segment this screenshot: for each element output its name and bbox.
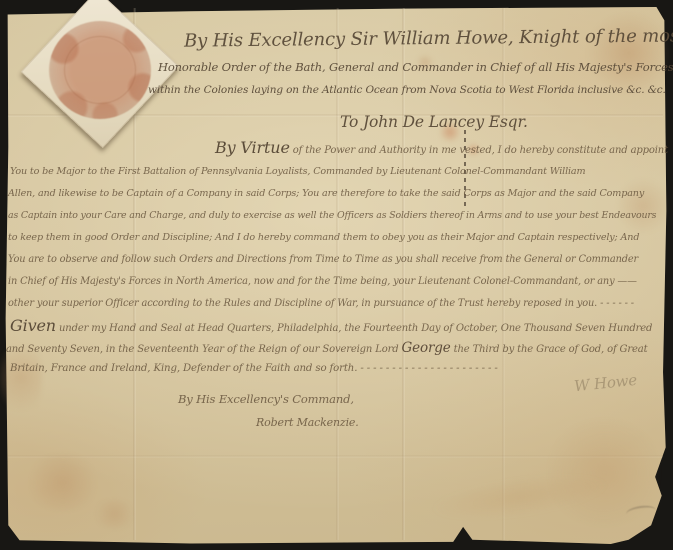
given-line-2a: and Seventy Seven, in the Seventeenth Ye…: [6, 344, 402, 355]
king-name: George: [402, 340, 451, 356]
given-line-2b: the Third by the Grace of God, of Great: [451, 344, 648, 355]
given-line-2: and Seventy Seven, in the Seventeenth Ye…: [6, 340, 647, 356]
given-line-3: Britain, France and Ireland, King, Defen…: [10, 363, 498, 374]
given-lead-word: Given: [10, 316, 56, 335]
body-line-2: Allen, and likewise to be Captain of a C…: [8, 188, 644, 199]
stain: [92, 500, 137, 528]
stain: [618, 175, 668, 237]
header-line-3: within the Colonies laying on the Atlant…: [148, 84, 666, 96]
secretary-signature: Robert Mackenzie.: [256, 416, 359, 429]
body-line-1: You to be Major to the First Battalion o…: [10, 166, 585, 177]
virtue-rest: of the Power and Authority in me vested,…: [290, 145, 668, 156]
header-line-2: Honorable Order of the Bath, General and…: [158, 60, 673, 74]
body-line-6: in Chief of His Majesty's Forces in Nort…: [8, 276, 637, 287]
wax-seal: [49, 21, 151, 119]
stain: [585, 12, 673, 94]
virtue-line: By Virtue of the Power and Authority in …: [215, 138, 668, 157]
addressee-line: To John De Lancey Esqr.: [340, 113, 528, 131]
given-line-1: Given under my Hand and Seal at Head Qua…: [10, 316, 652, 335]
body-line-3: as Captain into your Care and Charge, an…: [8, 210, 656, 221]
given-rest: under my Hand and Seal at Head Quarters,…: [56, 323, 652, 334]
command-line: By His Excellency's Command,: [178, 392, 354, 406]
body-line-5: You are to observe and follow such Order…: [8, 254, 638, 265]
body-line-7: other your superior Officer according to…: [8, 298, 634, 309]
stain: [24, 455, 102, 510]
photo-background: { "colors": { "background": "#181714", "…: [0, 0, 673, 550]
body-line-4: to keep them in good Order and Disciplin…: [8, 232, 639, 243]
virtue-lead-words: By Virtue: [215, 138, 290, 157]
